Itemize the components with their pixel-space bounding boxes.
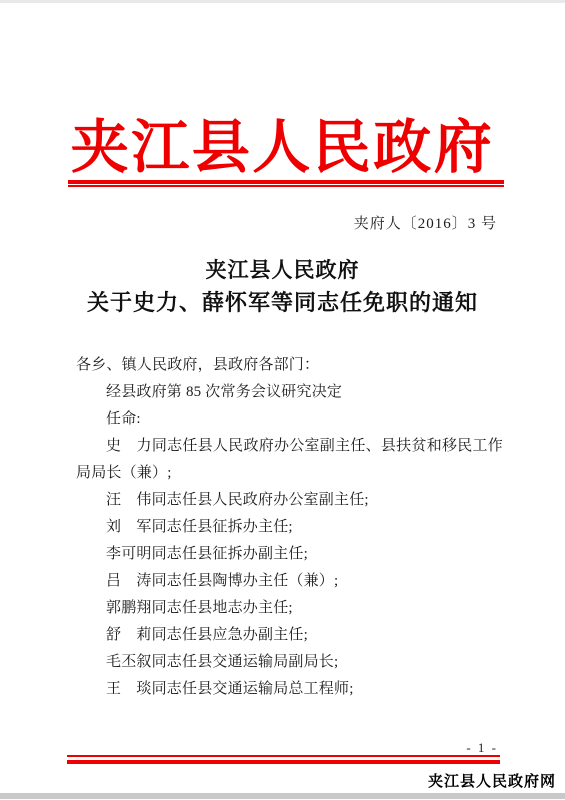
appointment-line: 王 琰同志任县交通运输局总工程师; bbox=[76, 676, 503, 703]
appoint-heading: 任命: bbox=[76, 406, 503, 433]
appointment-line: 郭鹏翔同志任县地志办主任; bbox=[76, 595, 503, 622]
page-number: - 1 - bbox=[466, 740, 498, 756]
doc-number: 夹府人〔2016〕3 号 bbox=[354, 212, 497, 233]
appointment-line: 李可明同志任县征拆办副主任; bbox=[76, 541, 503, 568]
salutation: 各乡、镇人民政府，县政府各部门： bbox=[76, 352, 503, 379]
appointment-line: 刘 军同志任县征拆办主任; bbox=[76, 514, 503, 541]
doc-title: 夹江县人民政府 关于史力、薛怀军等同志任免职的通知 bbox=[0, 255, 565, 319]
doc-body: 各乡、镇人民政府，县政府各部门： 经县政府第 85 次常务会议研究决定 任命: … bbox=[76, 352, 503, 703]
masthead-title: 夹江县人民政府 bbox=[0, 100, 565, 184]
masthead-rule bbox=[68, 180, 504, 187]
appointment-line: 毛丕叙同志任县交通运输局副局长; bbox=[76, 649, 503, 676]
appointment-line: 史 力同志任县人民政府办公室副主任、县扶贫和移民工作局局长（兼）; bbox=[76, 433, 503, 487]
top-edge-divider bbox=[0, 0, 565, 3]
doc-title-line2: 关于史力、薛怀军等同志任免职的通知 bbox=[0, 286, 565, 319]
site-watermark: 夹江县人民政府网 bbox=[428, 770, 556, 791]
doc-title-line1: 夹江县人民政府 bbox=[0, 255, 565, 286]
appointment-line: 汪 伟同志任县人民政府办公室副主任; bbox=[76, 487, 503, 514]
footer-rule bbox=[67, 755, 500, 764]
appointment-line: 吕 涛同志任县陶博办主任（兼）; bbox=[76, 568, 503, 595]
appointment-line: 舒 莉同志任县应急办副主任; bbox=[76, 622, 503, 649]
meeting-line: 经县政府第 85 次常务会议研究决定 bbox=[76, 379, 503, 406]
bottom-edge-divider bbox=[0, 793, 565, 799]
document-page: 夹江县人民政府 夹府人〔2016〕3 号 夹江县人民政府 关于史力、薛怀军等同志… bbox=[0, 0, 565, 800]
